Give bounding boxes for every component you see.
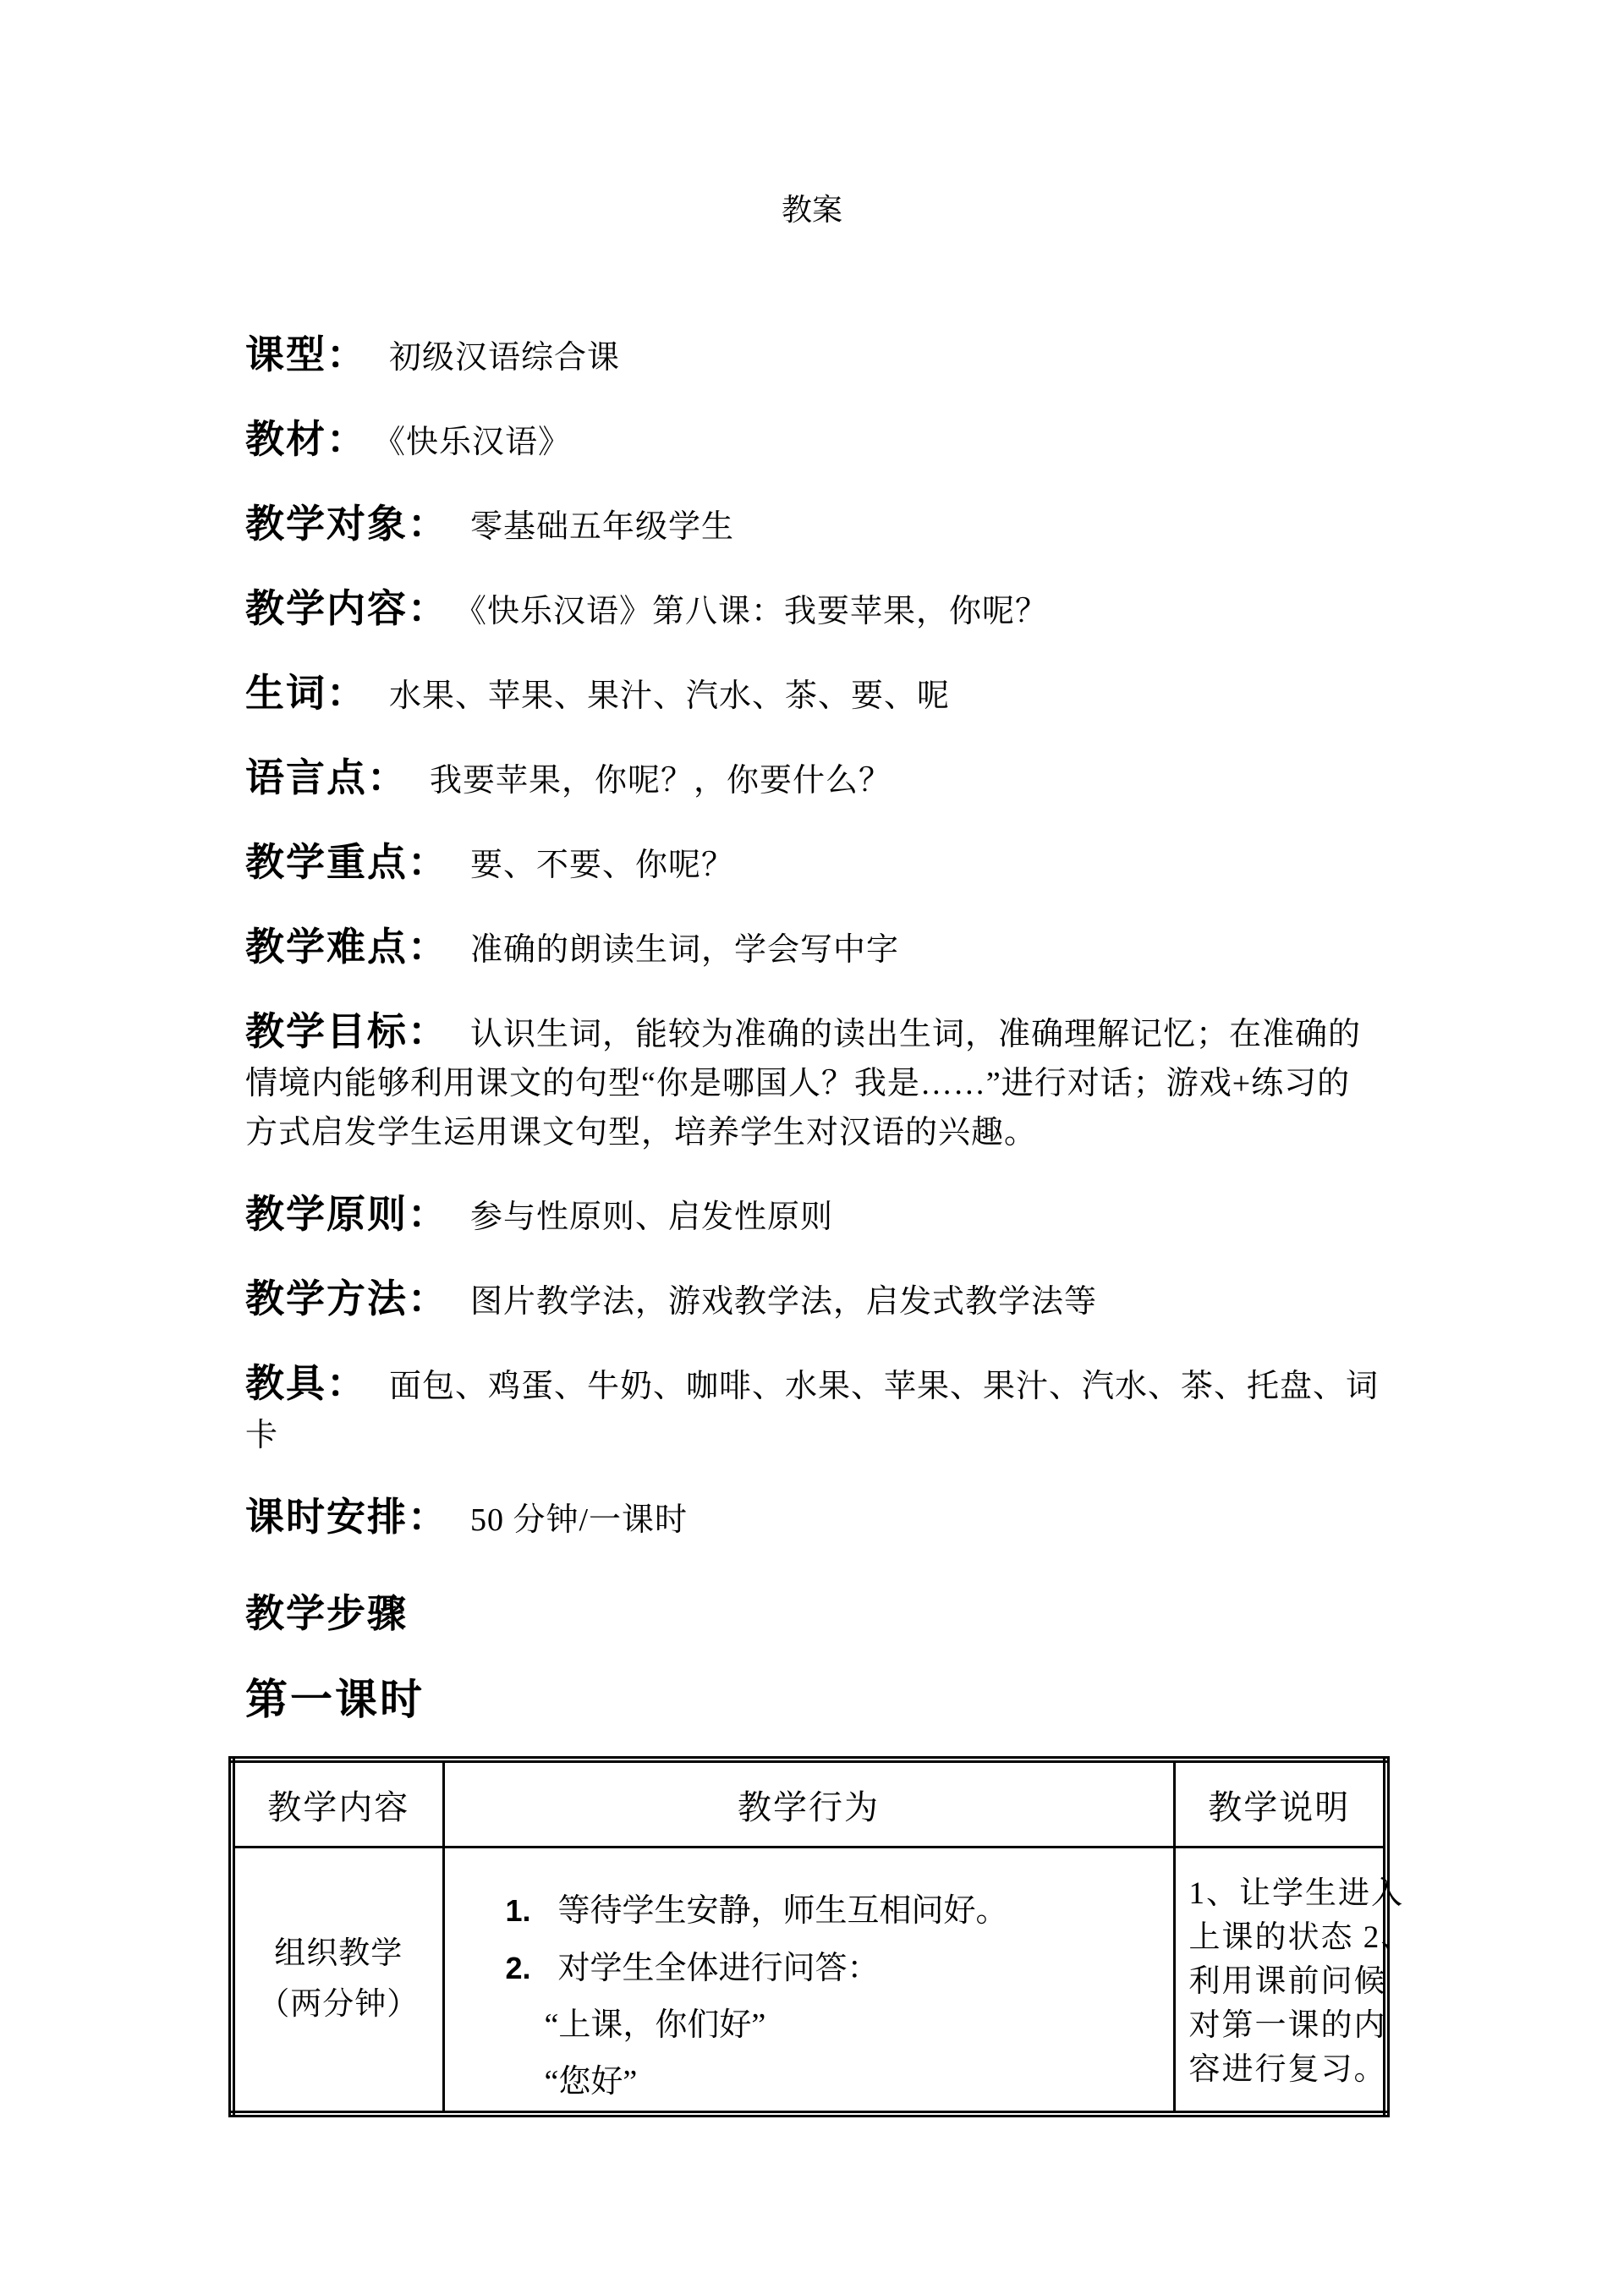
field-value: 零基础五年级学生 [470,509,734,545]
field-label: 教学原则： [245,1192,448,1236]
cell-content: 组织教学 （两分钟） [232,1848,443,2115]
notes-line: 上课的状态 2、 [1189,1916,1384,1960]
field-label: 生词： [245,671,367,715]
field-label: 教学难点： [245,925,448,969]
list-marker: 2. [506,1940,558,1996]
content-line: 组织教学 [236,1929,442,1979]
field-value: 图片教学法，游戏教学法，启发式教学法等 [470,1284,1097,1320]
field-label: 课型： [245,332,367,376]
field-label: 教材： [245,417,367,461]
cell-behavior: 1.等待学生安静，师生互相问好。 2.对学生全体进行问答： “上课，你们好” “… [443,1848,1174,2115]
field-label: 教学重点： [245,840,448,884]
field-value: 初级汉语综合课 [389,340,620,376]
header-notes: 教学说明 [1174,1760,1386,1848]
field-value: 《快乐汉语》第八课：我要苹果，你呢？ [470,594,1048,629]
behavior-text: “上课，你们好” [545,2007,766,2043]
behavior-line: 2.对学生全体进行问答： [506,1940,1173,1997]
field-label: 课时安排： [245,1495,448,1539]
behavior-quote-line: “您好” [506,2054,1173,2111]
field-mubiao: 教学目标：认识生词，能较为准确的读出生词，准确理解记忆；在准确的情境内能够利用课… [245,1007,1379,1157]
field-fangfa: 教学方法：图片教学法，游戏教学法，启发式教学法等 [245,1274,1379,1326]
field-shengci: 生词：水果、苹果、果汁、汽水、茶、要、呢 [245,668,1379,721]
notes-line: 对第一课的内 [1189,2004,1384,2048]
field-value: 要、不要、你呢？ [470,848,734,883]
doc-title: 教案 [245,193,1379,227]
field-label: 语言点： [245,755,408,799]
field-neirong: 教学内容：《快乐汉语》第八课：我要苹果，你呢？ [245,584,1379,636]
behavior-line: 1.等待学生安静，师生互相问好。 [506,1882,1173,1940]
notes-line: 1、让学生进入 [1189,1872,1384,1916]
content-line: （两分钟） [236,1979,442,2030]
field-list: 课型：初级汉语综合课 教材：《快乐汉语》 教学对象：零基础五年级学生 教学内容：… [245,330,1379,1545]
field-yuyandian: 语言点：我要苹果，你呢？，你要什么？ [245,753,1379,805]
document-page: 教案 课型：初级汉语综合课 教材：《快乐汉语》 教学对象：零基础五年级学生 教学… [0,0,1624,2295]
field-value: 准确的朗读生词，学会写中字 [470,932,899,968]
lesson-one-heading: 第一课时 [245,1673,1379,1726]
field-value: 我要苹果，你呢？，你要什么？ [430,763,892,799]
header-content: 教学内容 [232,1760,443,1848]
field-value: 《快乐汉语》 [389,425,571,460]
cell-notes: 1、让学生进入 上课的状态 2、 利用课前问候 对第一课的内 容进行复习。 [1174,1848,1386,2115]
behavior-quote-line: “上课，你们好” [506,1997,1173,2054]
behavior-text: “您好” [545,2064,638,2100]
table-row: 组织教学 （两分钟） 1.等待学生安静，师生互相问好。 2.对学生全体进行问答：… [232,1848,1386,2115]
field-yuanze: 教学原则：参与性原则、启发性原则 [245,1189,1379,1242]
field-value: 参与性原则、启发性原则 [470,1200,833,1235]
field-ketang: 课型：初级汉语综合课 [245,330,1379,382]
behavior-text: 等待学生安静，师生互相问好。 [558,1893,1008,1929]
field-value: 50 分钟/一课时 [470,1502,688,1538]
field-jiaoju: 教具：面包、鸡蛋、牛奶、咖啡、水果、苹果、果汁、汽水、茶、托盘、词卡 [245,1359,1379,1460]
list-marker: 1. [506,1882,558,1939]
header-behavior: 教学行为 [443,1760,1174,1848]
field-label: 教学内容： [245,586,448,630]
field-label: 教学对象： [245,502,448,546]
steps-heading: 教学步骤 [245,1589,1379,1638]
field-label: 教学目标： [245,1009,448,1053]
lesson-plan-table: 教学内容 教学行为 教学说明 组织教学 （两分钟） 1.等待学生安静，师生互相问… [228,1756,1390,2117]
field-duixiang: 教学对象：零基础五年级学生 [245,499,1379,552]
behavior-text: 对学生全体进行问答： [558,1951,880,1986]
field-keshi: 课时安排：50 分钟/一课时 [245,1492,1379,1545]
field-zhongdian: 教学重点：要、不要、你呢？ [245,837,1379,890]
field-label: 教具： [245,1361,367,1405]
field-label: 教学方法： [245,1277,448,1320]
table-header-row: 教学内容 教学行为 教学说明 [232,1760,1386,1848]
field-jiaocai: 教材：《快乐汉语》 [245,415,1379,467]
notes-line: 利用课前问候 [1189,1960,1384,2004]
notes-line: 容进行复习。 [1189,2048,1384,2092]
field-value: 水果、苹果、果汁、汽水、茶、要、呢 [389,678,950,714]
field-nandian: 教学难点：准确的朗读生词，学会写中字 [245,922,1379,975]
field-value: 面包、鸡蛋、牛奶、咖啡、水果、苹果、果汁、汽水、茶、托盘、词卡 [245,1369,1379,1453]
